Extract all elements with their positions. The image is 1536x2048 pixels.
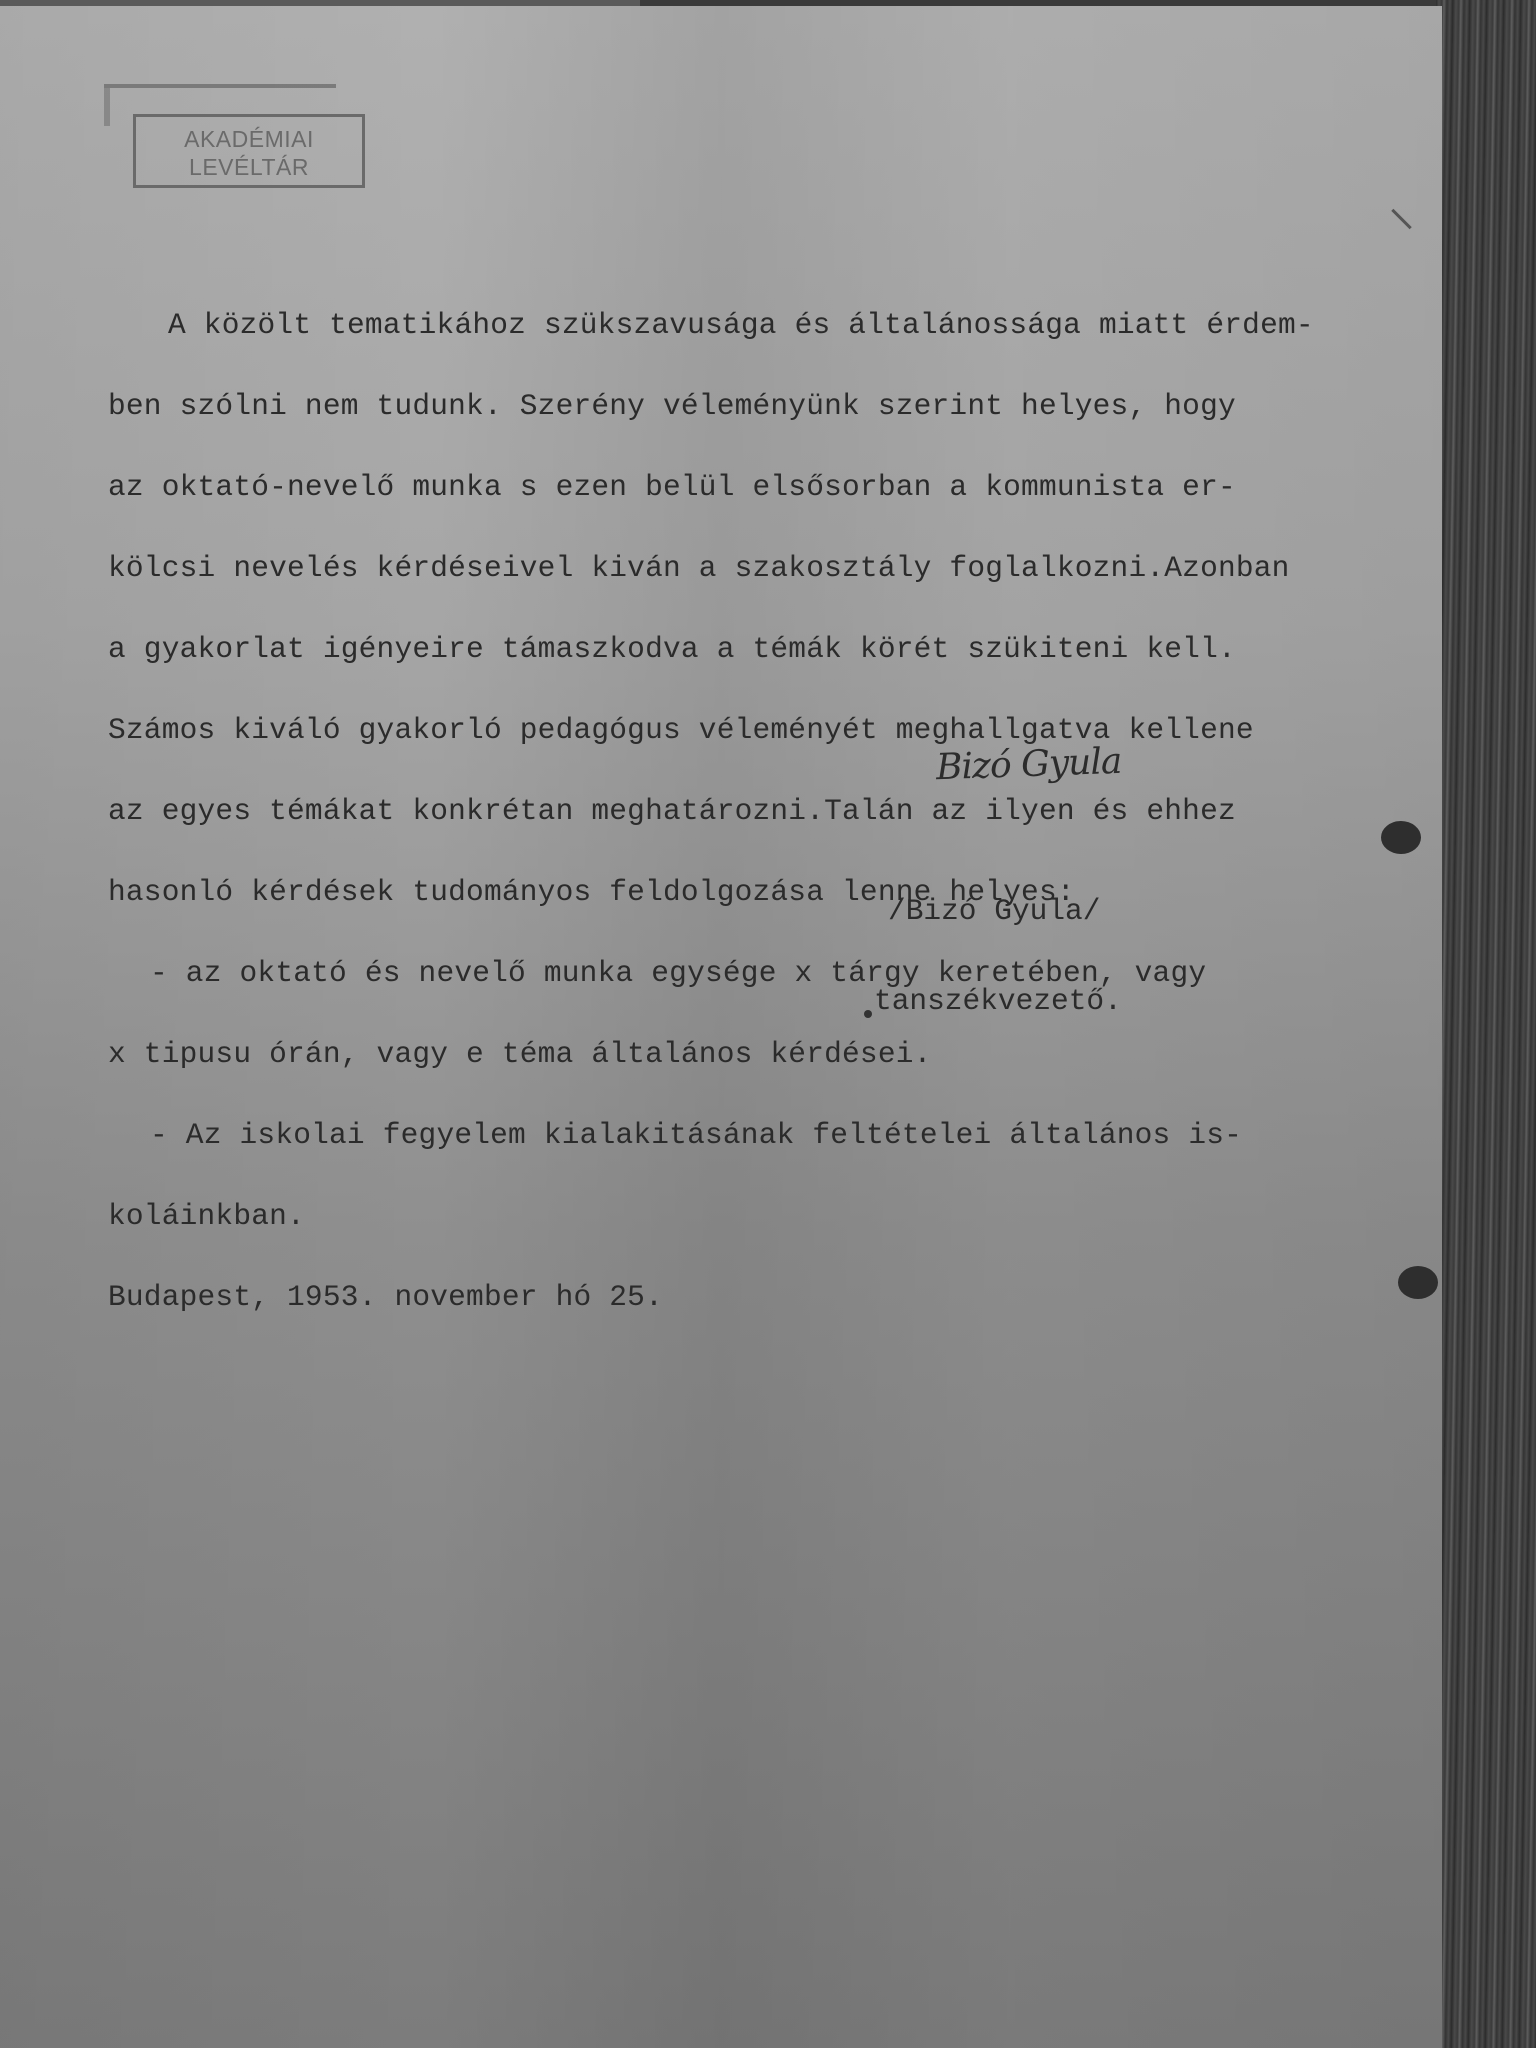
letter-body: A közölt tematikához szükszavusága és ál… — [108, 258, 1314, 1365]
paragraph-line: az egyes témákat konkrétan meghatározni.… — [108, 798, 1314, 825]
paragraph-line: hasonló kérdések tudományos feldolgozása… — [108, 879, 1314, 906]
place-date: Budapest, 1953. november hó 25. — [108, 1284, 1314, 1311]
paragraph-line: kölcsi nevelés kérdéseivel kiván a szako… — [108, 555, 1314, 582]
stamp-line-1: AKADÉMIAI — [136, 125, 362, 153]
punch-hole-icon — [1398, 1266, 1438, 1299]
stamp-smudge — [104, 84, 336, 98]
list-item-line: - Az iskolai fegyelem kialakitásának fel… — [108, 1122, 1314, 1149]
list-item-continuation: x tipusu órán, vagy e téma általános kér… — [108, 1041, 1314, 1068]
stamp-smudge-left — [104, 86, 110, 126]
list-item-continuation: koláinkban. — [108, 1203, 1314, 1230]
paragraph-line: ben szólni nem tudunk. Szerény véleményü… — [108, 393, 1314, 420]
paragraph-line: az oktató-nevelő munka s ezen belül első… — [108, 474, 1314, 501]
punch-hole-icon — [1381, 821, 1421, 854]
document-page: AKADÉMIAI LEVÉLTÁR A közölt tematikához … — [0, 6, 1442, 2048]
archive-stamp: AKADÉMIAI LEVÉLTÁR — [133, 114, 365, 188]
wooden-table-background — [1436, 0, 1536, 2048]
ink-speck — [864, 1010, 872, 1018]
paper-mark — [1391, 209, 1412, 230]
paragraph-line: a gyakorlat igényeire támaszkodva a témá… — [108, 636, 1314, 663]
signature-block: /Bizó Gyula/ tanszékvezető. — [874, 836, 1122, 1076]
paragraph-line: A közölt tematikához szükszavusága és ál… — [108, 312, 1314, 339]
list-item-line: - az oktató és nevelő munka egysége x tá… — [108, 960, 1314, 987]
typed-signatory-name: /Bizó Gyula/ — [874, 896, 1122, 926]
stamp-line-2: LEVÉLTÁR — [136, 153, 362, 181]
signatory-title: tanszékvezető. — [874, 986, 1122, 1016]
paragraph-line: Számos kiváló gyakorló pedagógus vélemén… — [108, 717, 1314, 744]
handwritten-signature: Bizó Gyula — [935, 741, 1122, 788]
